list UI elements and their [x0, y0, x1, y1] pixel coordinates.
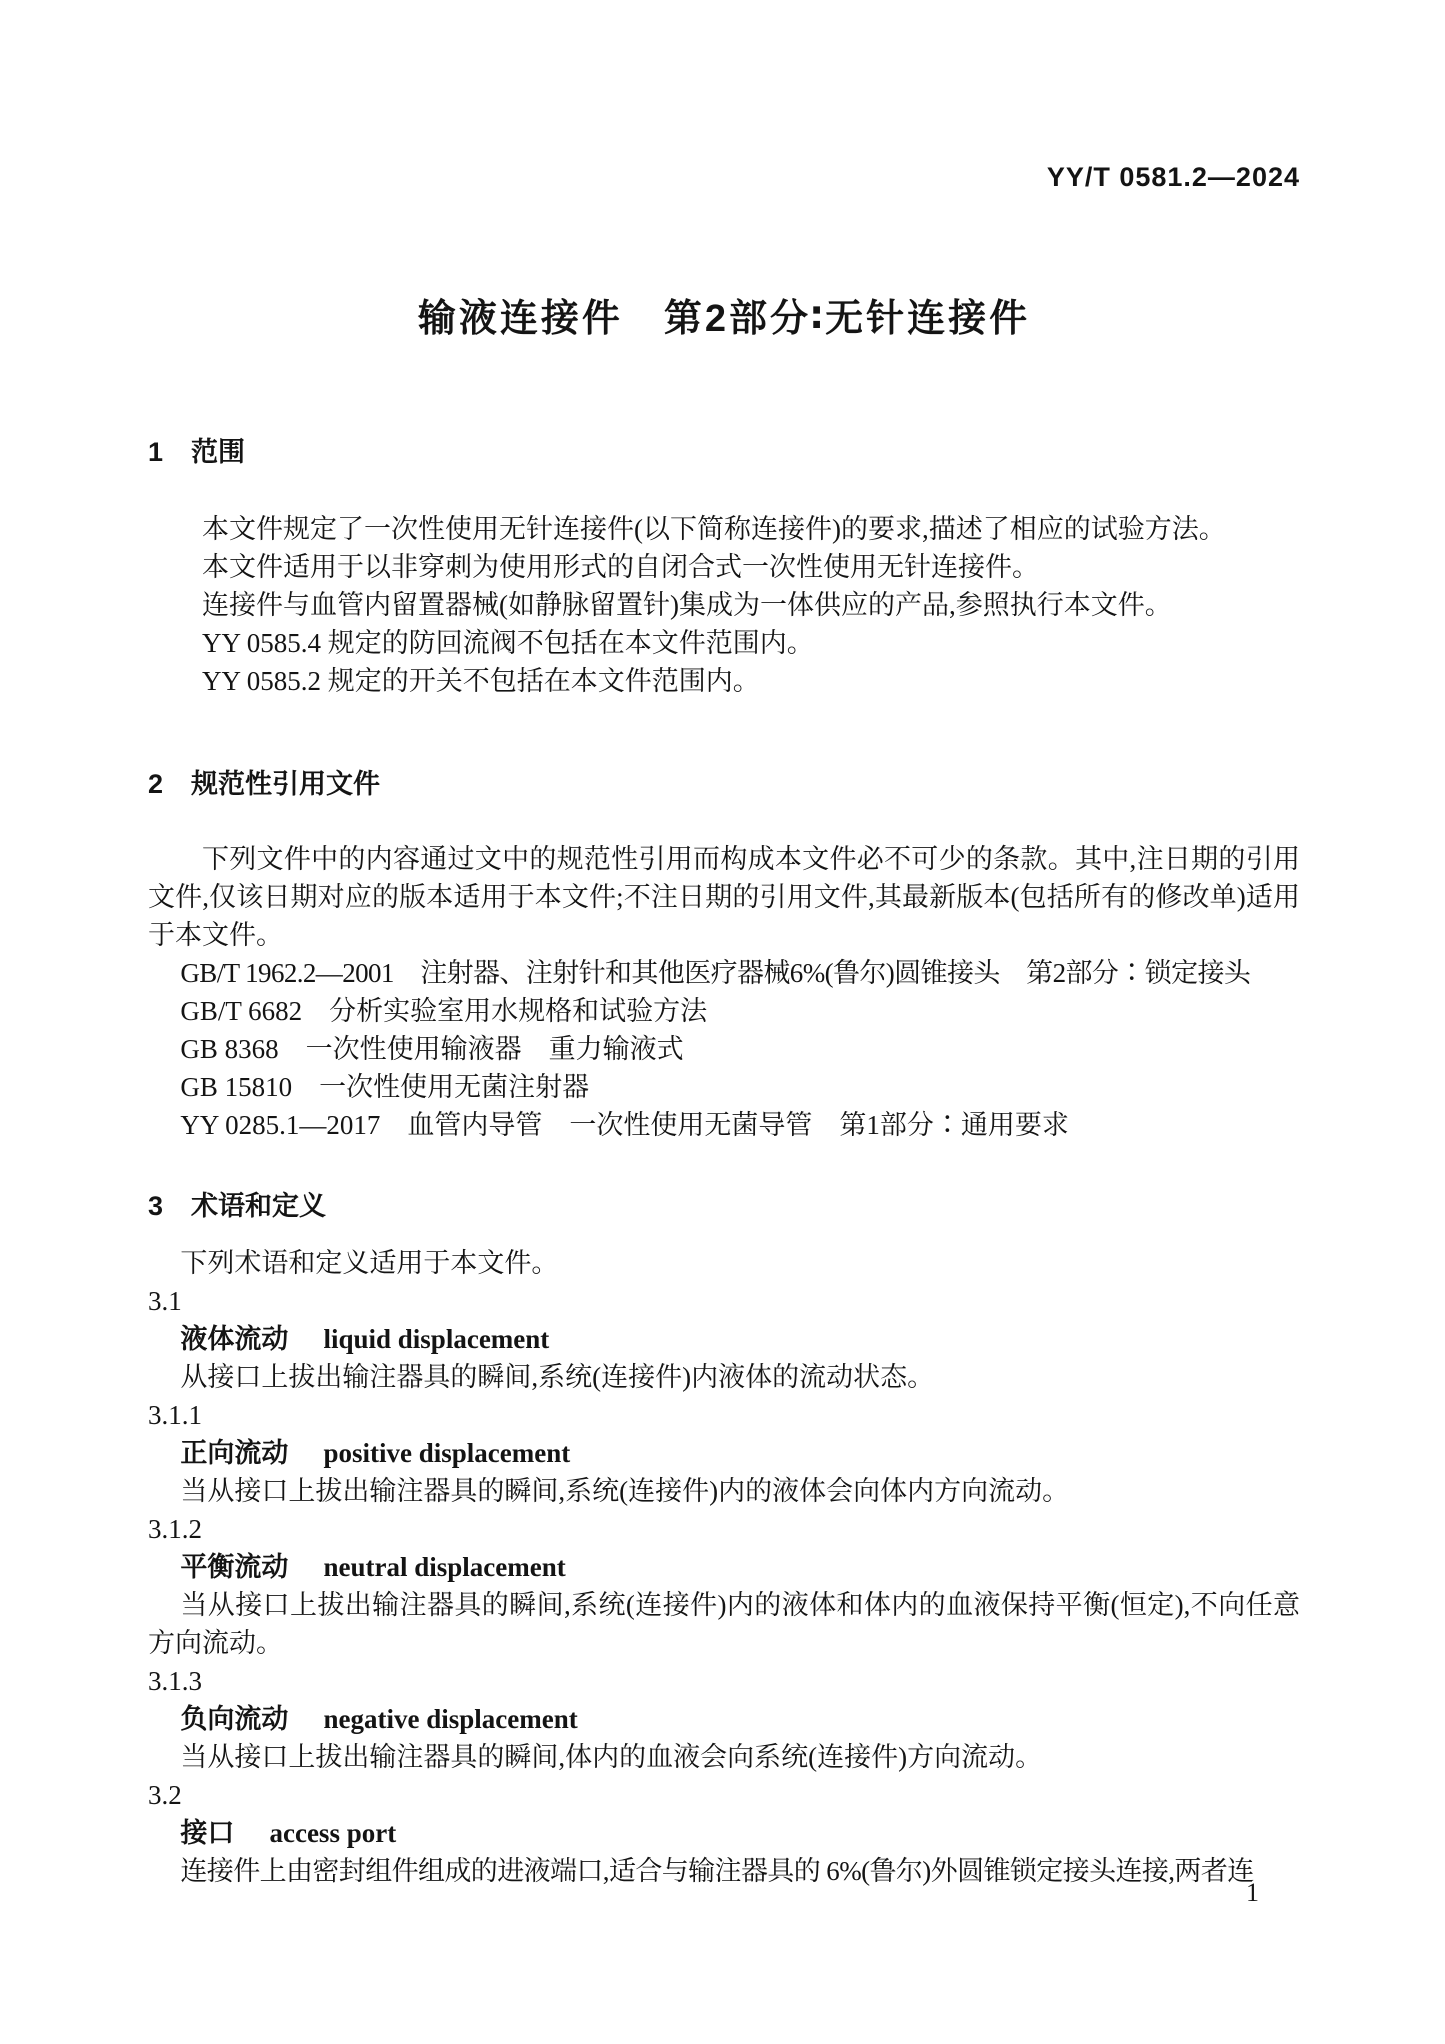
section-number: 2	[148, 769, 163, 799]
term-entry: 3.1.3 负向流动negative displacement 当从接口上拔出输…	[148, 1662, 1300, 1776]
term-en: neutral displacement	[323, 1552, 565, 1582]
term-heading: 平衡流动neutral displacement	[148, 1548, 1300, 1586]
term-entry: 3.1.1 正向流动positive displacement 当从接口上拔出输…	[148, 1396, 1300, 1510]
term-heading: 液体流动liquid displacement	[148, 1320, 1300, 1358]
standard-code: YY/T 0581.2—2024	[148, 162, 1300, 192]
paragraph: 下列文件中的内容通过文中的规范性引用而构成本文件必不可少的条款。其中,注日期的引…	[148, 840, 1300, 954]
term-zh: 接口	[180, 1818, 234, 1848]
section-title: 规范性引用文件	[191, 769, 380, 799]
paragraph: 连接件与血管内留置器械(如静脉留置针)集成为一体供应的产品,参照执行本文件。	[148, 586, 1300, 624]
reference-item: GB 8368 一次性使用输液器 重力输液式	[148, 1030, 1300, 1068]
paragraph: 本文件规定了一次性使用无针连接件(以下简称连接件)的要求,描述了相应的试验方法。	[148, 510, 1300, 548]
term-definition: 当从接口上拔出输注器具的瞬间,体内的血液会向系统(连接件)方向流动。	[148, 1738, 1300, 1776]
clause-number: 3.1.1	[148, 1396, 1300, 1434]
term-heading: 负向流动negative displacement	[148, 1700, 1300, 1738]
term-entry: 3.1.2 平衡流动neutral displacement 当从接口上拔出输注…	[148, 1510, 1300, 1662]
clause-number: 3.2	[148, 1776, 1300, 1814]
term-heading: 正向流动positive displacement	[148, 1434, 1300, 1472]
term-definition: 当从接口上拔出输注器具的瞬间,系统(连接件)内的液体和体内的血液保持平衡(恒定)…	[148, 1586, 1300, 1662]
section-3-heading: 3术语和定义	[148, 1186, 1300, 1226]
document-page: YY/T 0581.2—2024 输液连接件 第2部分∶无针连接件 1范围 本文…	[0, 0, 1445, 2044]
term-definition: 连接件上由密封组件组成的进液端口,适合与输注器具的 6%(鲁尔)外圆锥锁定接头连…	[148, 1852, 1300, 1890]
term-zh: 液体流动	[180, 1324, 288, 1354]
section-number: 1	[148, 437, 163, 467]
terms-intro: 下列术语和定义适用于本文件。	[148, 1244, 1300, 1282]
reference-item: GB 15810 一次性使用无菌注射器	[148, 1068, 1300, 1106]
page-number: 1	[1246, 1878, 1259, 1908]
paragraph: YY 0585.4 规定的防回流阀不包括在本文件范围内。	[148, 624, 1300, 662]
term-definition: 从接口上拔出输注器具的瞬间,系统(连接件)内液体的流动状态。	[148, 1358, 1300, 1396]
term-en: liquid displacement	[323, 1324, 549, 1354]
term-heading: 接口access port	[148, 1814, 1300, 1852]
term-definition: 当从接口上拔出输注器具的瞬间,系统(连接件)内的液体会向体内方向流动。	[148, 1472, 1300, 1510]
section-title: 术语和定义	[191, 1191, 326, 1221]
section-1-heading: 1范围	[148, 432, 1300, 472]
clause-number: 3.1.3	[148, 1662, 1300, 1700]
section-2-body: 下列文件中的内容通过文中的规范性引用而构成本文件必不可少的条款。其中,注日期的引…	[148, 840, 1300, 1144]
term-en: negative displacement	[323, 1704, 577, 1734]
term-zh: 正向流动	[180, 1438, 288, 1468]
section-number: 3	[148, 1191, 163, 1221]
section-title: 范围	[191, 437, 245, 467]
paragraph: YY 0585.2 规定的开关不包括在本文件范围内。	[148, 662, 1300, 700]
paragraph: 本文件适用于以非穿刺为使用形式的自闭合式一次性使用无针连接件。	[148, 548, 1300, 586]
clause-number: 3.1	[148, 1282, 1300, 1320]
reference-item: YY 0285.1—2017 血管内导管 一次性使用无菌导管 第1部分∶通用要求	[148, 1106, 1300, 1144]
term-zh: 平衡流动	[180, 1552, 288, 1582]
section-1-body: 本文件规定了一次性使用无针连接件(以下简称连接件)的要求,描述了相应的试验方法。…	[148, 510, 1300, 700]
term-entry: 3.1 液体流动liquid displacement 从接口上拔出输注器具的瞬…	[148, 1282, 1300, 1396]
reference-item: GB/T 1962.2—2001 注射器、注射针和其他医疗器械6%(鲁尔)圆锥接…	[148, 954, 1300, 992]
term-entry: 3.2 接口access port 连接件上由密封组件组成的进液端口,适合与输注…	[148, 1776, 1300, 1890]
clause-number: 3.1.2	[148, 1510, 1300, 1548]
document-title: 输液连接件 第2部分∶无针连接件	[148, 292, 1300, 346]
term-zh: 负向流动	[180, 1704, 288, 1734]
term-en: positive displacement	[323, 1438, 570, 1468]
term-en: access port	[269, 1818, 396, 1848]
section-2-heading: 2规范性引用文件	[148, 764, 1300, 804]
reference-item: GB/T 6682 分析实验室用水规格和试验方法	[148, 992, 1300, 1030]
